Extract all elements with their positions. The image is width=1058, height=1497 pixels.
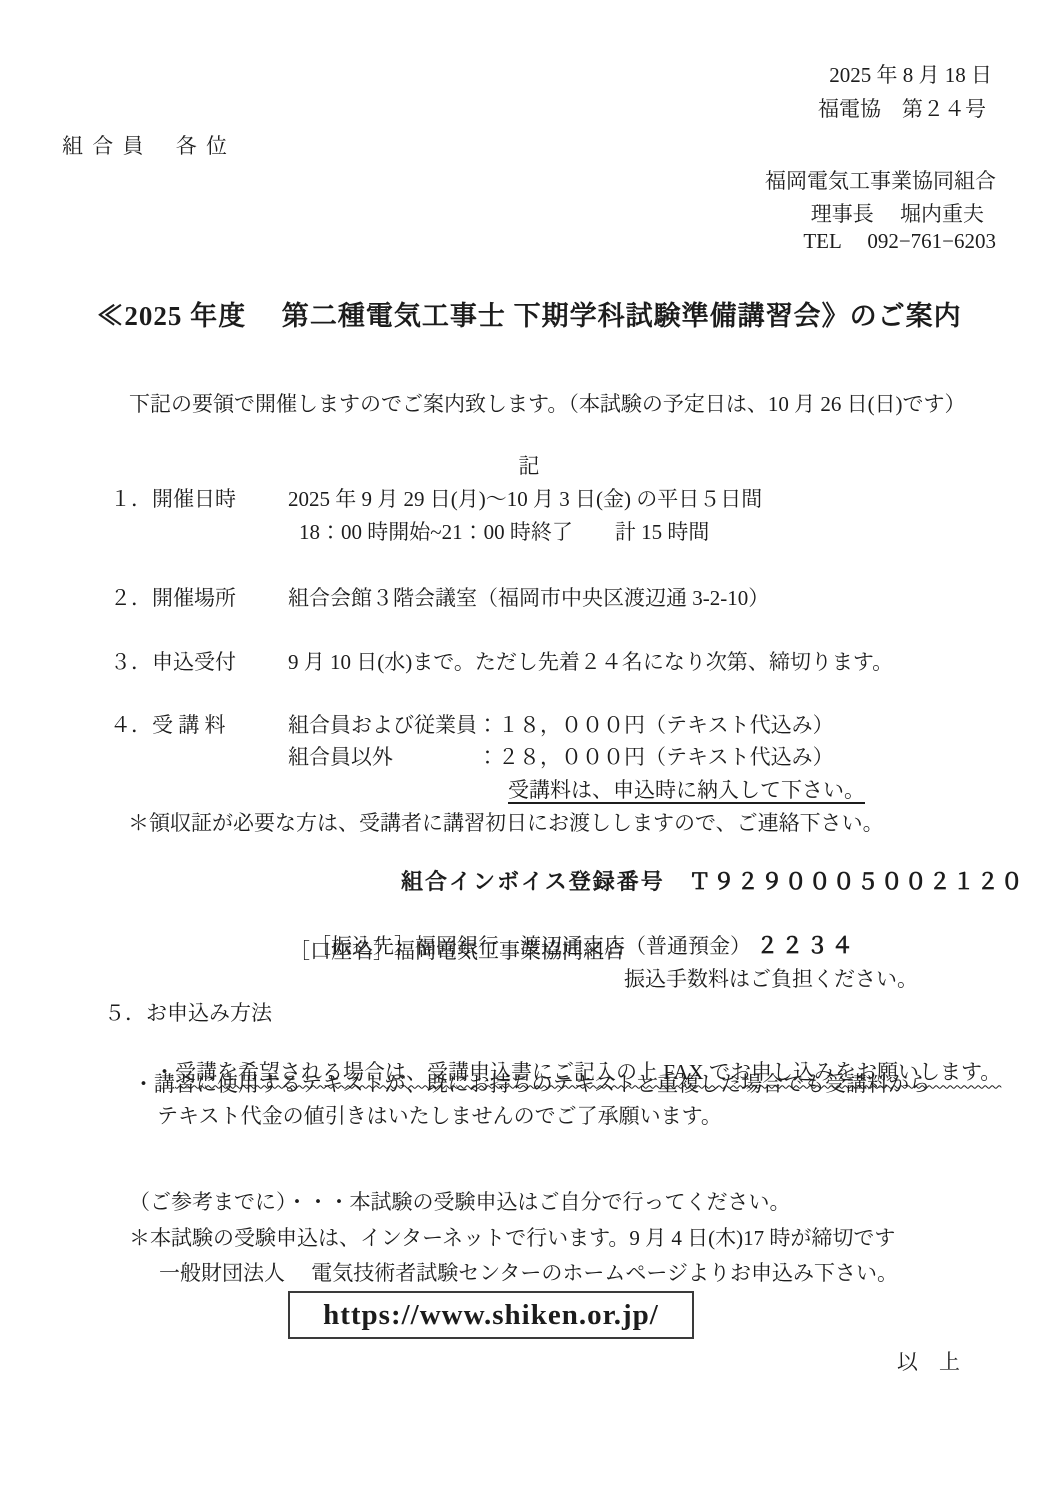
section5-label: ５．お申込み方法 (104, 1000, 272, 1026)
section5-bullet2-line1: ・講習に使用するテキストが、既にお持ちのテキストと重複した場合でも受講料から (133, 1071, 930, 1097)
section4-label: ４．受 講 料 (110, 712, 226, 738)
url-text: https://www.shiken.or.jp/ (323, 1299, 659, 1332)
section3-label: ３．申込受付 (110, 649, 236, 675)
issue-date: 2025 年 8 月 18 日 (829, 62, 992, 88)
fee-nonmember: 組合員以外 ：２８，０００円（テキスト代込み） (288, 744, 834, 770)
payment-note: 受講料は、申込時に納入して下さい。 (508, 777, 865, 803)
section5-bullet2-line2: テキスト代金の値引きはいたしませんのでご了承願います。 (157, 1103, 722, 1129)
president-name: 理事長 堀内重夫 (811, 201, 984, 227)
intro-text: 下記の要領で開催しますのでご案内致します。（本試験の予定日は、10 月 26 日… (129, 391, 966, 417)
section2-label: ２．開催場所 (110, 585, 236, 611)
account-number: ２２３４ (756, 933, 856, 958)
page-title: ≪2025 年度 第二種電気工事士 下期学科試験準備講習会》のご案内 (0, 300, 1058, 334)
recipient: 組 合 員 各 位 (62, 133, 229, 159)
section3-deadline: 9 月 10 日(水)まで。ただし先着２４名になり次第、締切ります。 (288, 649, 893, 675)
account-name: ［口座名］福岡電気工事業協同組合 (289, 938, 625, 964)
document-page: 2025 年 8 月 18 日 福電協 第２４号 組 合 員 各 位 福岡電気工… (0, 0, 1058, 1497)
section2-venue: 組合会館３階会議室（福岡市中央区渡辺通 3-2-10） (288, 585, 769, 611)
reference-line1: （ご参考までに）・・・本試験の受験申込はご自分で行ってください。 (129, 1189, 791, 1215)
organization-name: 福岡電気工事業協同組合 (765, 168, 996, 194)
section1-label: １．開催日時 (110, 486, 236, 512)
reference-line3: 一般財団法人 電気技術者試験センターのホームページよりお申込み下さい。 (159, 1260, 898, 1286)
exam-center-url: https://www.shiken.or.jp/ (288, 1291, 694, 1339)
section1-hours: 18：00 時開始~21：00 時終了 計 15 時間 (299, 519, 709, 545)
doc-number: 福電協 第２４号 (818, 96, 986, 122)
reference-line2: ＊本試験の受験申込は、インターネットで行います。9 月 4 日(木)17 時が締… (129, 1225, 895, 1251)
fee-member: 組合員および従業員：１８，０００円（テキスト代込み） (288, 712, 834, 738)
record-mark: 記 (0, 453, 1058, 479)
transfer-fee-note: 振込手数料はご負担ください。 (624, 966, 918, 992)
tel-number: TEL 092−761−6203 (803, 228, 996, 254)
receipt-note: ＊領収証が必要な方は、受講者に講習初日にお渡ししますので、ご連絡下さい。 (128, 810, 884, 836)
invoice-label: 組合インボイス登録番号 (401, 869, 665, 894)
section1-schedule: 2025 年 9 月 29 日(月)～10 月 3 日(金) の平日５日間 (288, 486, 762, 512)
invoice-number: Ｔ９２９０００５００２１２０ (689, 869, 1025, 894)
closing-mark: 以 上 (897, 1349, 960, 1375)
